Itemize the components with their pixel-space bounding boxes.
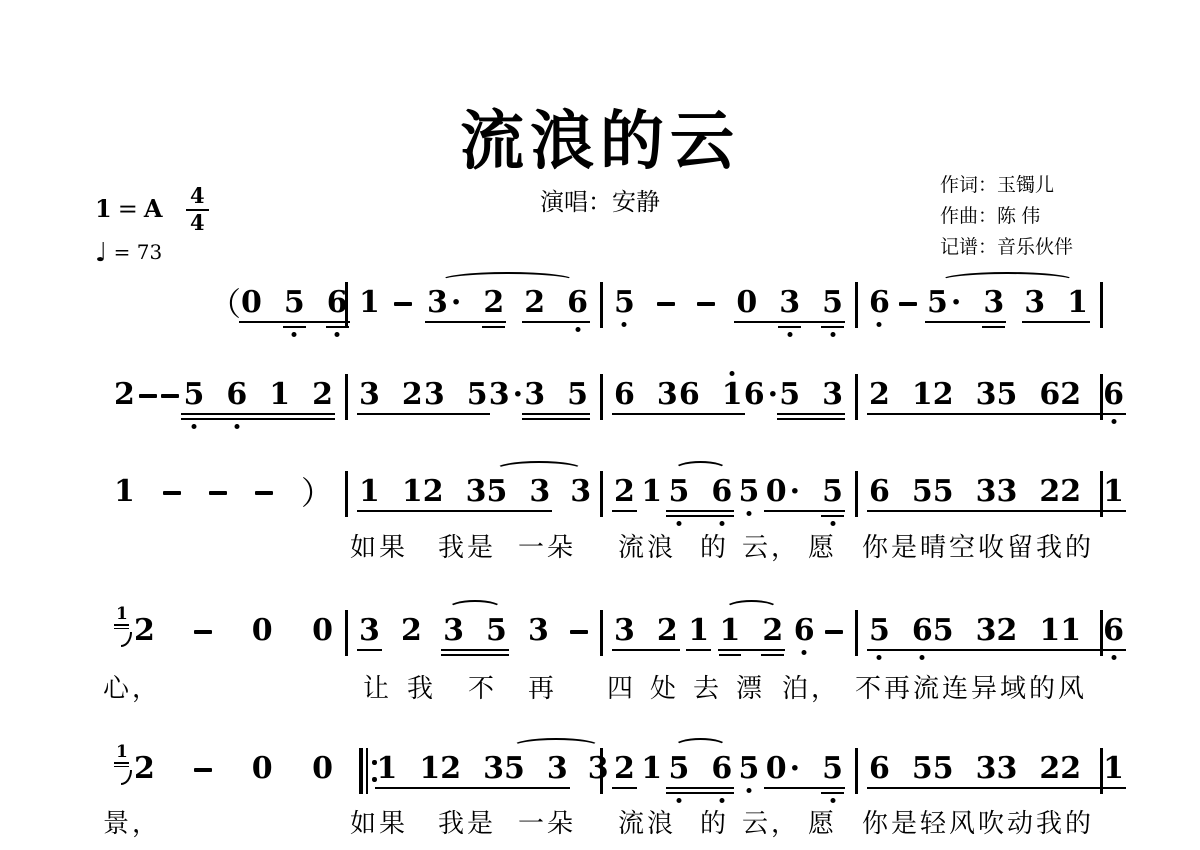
- note: 2: [402, 380, 423, 410]
- lyric-text: 泊，: [782, 668, 840, 705]
- note: 1: [1060, 616, 1081, 646]
- lyric-text: 景，: [103, 803, 161, 840]
- note: 6: [912, 616, 933, 646]
- note: 3: [976, 616, 997, 646]
- lyric-text: 让: [363, 668, 392, 705]
- note-group: 1: [688, 616, 709, 646]
- note-group: 16: [1060, 616, 1124, 646]
- note: 5: [822, 477, 843, 507]
- tempo-marking: ♩ = 73: [95, 238, 162, 268]
- note-group: 035: [736, 288, 843, 318]
- note: 3: [614, 616, 635, 646]
- note: 1: [114, 477, 135, 507]
- note: 1: [359, 477, 380, 507]
- slur-group: 35: [443, 616, 507, 646]
- note-group: 5: [739, 477, 760, 507]
- lyric-text: 一朵: [518, 803, 576, 840]
- note-group: 0·5: [766, 477, 843, 507]
- octave-dot: [719, 521, 724, 526]
- lyric-text: 愿: [808, 527, 837, 564]
- note: 3: [529, 477, 550, 507]
- note-group: 32: [997, 477, 1061, 507]
- note: 6: [1103, 616, 1124, 646]
- note-group: 21: [869, 380, 933, 410]
- lyric-text: 不再流连异域的风: [855, 668, 1087, 705]
- note: 2: [1039, 477, 1060, 507]
- note: 3: [976, 754, 997, 784]
- note: 5: [933, 477, 954, 507]
- note-group: 35: [524, 380, 588, 410]
- octave-dot: [1111, 655, 1116, 660]
- note: 5: [668, 754, 689, 784]
- lyric-text: 云，: [742, 527, 800, 564]
- note: 3: [359, 380, 380, 410]
- grace-slur: [121, 632, 132, 647]
- note-group: 23: [423, 477, 487, 507]
- octave-dot: [830, 332, 835, 337]
- slur-group: 12: [720, 616, 784, 646]
- note: 5: [912, 477, 933, 507]
- slur-group: 5·331: [927, 288, 1088, 318]
- measure: 1200: [100, 754, 345, 784]
- note-group: 1: [641, 477, 662, 507]
- measure: （056: [195, 288, 345, 320]
- measure: 56532116: [855, 616, 1100, 646]
- slur-group: 533: [487, 477, 592, 507]
- note: 5: [668, 477, 689, 507]
- lyric-text: 我是: [438, 803, 496, 840]
- note: 3: [483, 754, 504, 784]
- note: 5: [779, 380, 800, 410]
- note: 2: [614, 754, 635, 784]
- note: 5: [739, 754, 760, 784]
- credit-notation: 记谱：音乐伙伴: [940, 232, 1073, 263]
- octave-dot: [191, 424, 196, 429]
- note-group: 65: [869, 754, 933, 784]
- note-group: 5·3: [927, 288, 1004, 318]
- note: 3: [443, 616, 464, 646]
- octave-dot: [575, 327, 580, 332]
- note: 5: [467, 380, 488, 410]
- note-group: 35: [424, 380, 488, 410]
- note: 5: [567, 380, 588, 410]
- lyric-text: 的: [700, 527, 729, 564]
- slur-group: 56: [668, 754, 732, 784]
- lyric-text: 如果: [350, 803, 408, 840]
- measure: 65533221: [855, 477, 1100, 507]
- note: 0·: [766, 477, 800, 507]
- note-group: 3·2: [427, 288, 504, 318]
- measure: 32353: [345, 616, 600, 646]
- lyric-text: 一朵: [518, 527, 576, 564]
- note: 0: [736, 288, 757, 318]
- note-group: 21: [1060, 477, 1124, 507]
- music-line: 12003235332112656532116: [0, 616, 1200, 668]
- note-group: 65: [869, 477, 933, 507]
- duration-dash: [697, 302, 715, 306]
- lyric-text: 漂: [736, 668, 765, 705]
- key-signature: 1=A: [95, 194, 162, 223]
- duration-dash: [394, 302, 412, 306]
- note-group: 53: [504, 754, 568, 784]
- slur-group: 3·226: [427, 288, 588, 318]
- octave-dot: [730, 371, 735, 376]
- note: 2: [483, 288, 504, 318]
- note: 1: [641, 477, 662, 507]
- note-group: 2: [614, 754, 635, 784]
- duration-dash: [163, 491, 181, 495]
- note: 6: [226, 380, 247, 410]
- note: 2: [933, 380, 954, 410]
- note: 3: [570, 477, 591, 507]
- measure: 25612: [100, 380, 345, 410]
- octave-dot: [746, 511, 751, 516]
- lyric-text: 我是: [438, 527, 496, 564]
- octave-dot: [622, 322, 627, 327]
- note: 2: [1039, 754, 1060, 784]
- note-group: 56: [997, 380, 1061, 410]
- note: 3: [528, 616, 549, 646]
- note: 2: [423, 477, 444, 507]
- octave-dot: [676, 798, 681, 803]
- octave-dot: [877, 322, 882, 327]
- note-group: 53: [933, 754, 997, 784]
- note-group: 2: [401, 616, 422, 646]
- note-group: 3: [528, 616, 549, 646]
- note: 1: [419, 754, 440, 784]
- octave-dot: [234, 424, 239, 429]
- note: 3: [822, 380, 843, 410]
- note: 2: [614, 477, 635, 507]
- note-group: 5612: [183, 380, 333, 410]
- note-group: 63: [614, 380, 678, 410]
- note-group: 3·: [489, 380, 523, 410]
- lyric-text: 流浪: [618, 803, 676, 840]
- note: 1: [912, 380, 933, 410]
- note-group: 31: [1024, 288, 1088, 318]
- lyric-text: 处: [650, 668, 679, 705]
- note: 6: [794, 616, 815, 646]
- note: 6: [711, 754, 732, 784]
- barline: [1100, 374, 1103, 420]
- note-group: 61: [679, 380, 743, 410]
- note-group: 56: [869, 616, 933, 646]
- note: 1: [359, 288, 380, 318]
- octave-dot: [746, 788, 751, 793]
- note-group: 32: [997, 754, 1061, 784]
- note: 6: [1103, 380, 1124, 410]
- note: 1: [1067, 288, 1088, 318]
- note: 3: [976, 477, 997, 507]
- note: 2: [869, 380, 890, 410]
- note: 2: [312, 380, 333, 410]
- credit-lyricist: 作词：玉镯儿: [940, 170, 1073, 201]
- note: 1: [722, 380, 743, 410]
- note: 6: [614, 380, 635, 410]
- note-group: 0: [252, 616, 273, 646]
- note: 3: [983, 288, 1004, 318]
- sheet-music-page: 流浪的云 演唱：安静 作词：玉镯儿 作曲：陈 伟 记谱：音乐伙伴 1=A 4 4…: [0, 0, 1200, 850]
- note: 3·: [489, 380, 523, 410]
- note-group: 2: [134, 754, 155, 784]
- music-line: 2561232353·3563616·5321235626: [0, 380, 1200, 432]
- note-group: 26: [524, 288, 588, 318]
- lyric-text: 你是晴空收留我的: [862, 527, 1094, 564]
- lyric-text: 不: [468, 668, 497, 705]
- note: 2: [440, 754, 461, 784]
- note-group: 26: [1060, 380, 1124, 410]
- measure: 1123533: [345, 477, 600, 507]
- note: 1: [720, 616, 741, 646]
- augmentation-dot: ·: [513, 377, 523, 412]
- augmentation-dot: ·: [768, 377, 778, 412]
- duration-dash: [255, 491, 273, 495]
- note: 5: [997, 380, 1018, 410]
- lyric-text: 你是轻风吹动我的: [862, 803, 1094, 840]
- duration-dash: [209, 491, 227, 495]
- duration-dash: [161, 394, 179, 398]
- note: 5: [869, 616, 890, 646]
- note: 3: [424, 380, 445, 410]
- octave-dot: [676, 521, 681, 526]
- measure: 21235626: [855, 380, 1100, 410]
- augmentation-dot: ·: [951, 285, 961, 320]
- note-group: 6: [794, 616, 815, 646]
- note: 5: [912, 754, 933, 784]
- note-group: 1: [641, 754, 662, 784]
- measure: 1123533: [345, 754, 600, 794]
- note: 0: [312, 616, 333, 646]
- note: 0·: [766, 754, 800, 784]
- note-group: 2: [114, 380, 135, 410]
- note-group: 1: [114, 477, 135, 507]
- note-group: 53: [933, 477, 997, 507]
- lyric-text: 我: [407, 668, 436, 705]
- lyric-text: 四: [607, 668, 636, 705]
- octave-dot: [1111, 419, 1116, 424]
- duration-dash: [570, 630, 588, 634]
- note-group: 21: [997, 616, 1061, 646]
- augmentation-dot: ·: [790, 474, 800, 509]
- measure: 321126: [600, 616, 855, 646]
- note-group: 23: [440, 754, 504, 784]
- note-group: 23: [933, 380, 997, 410]
- duration-dash: [899, 302, 917, 306]
- note: 1: [269, 380, 290, 410]
- octave-dot: [787, 332, 792, 337]
- note: 6: [1039, 380, 1060, 410]
- note: 2: [401, 616, 422, 646]
- grace-note: 1: [114, 606, 132, 646]
- measure: 32353·35: [345, 380, 600, 410]
- lyric-text: 再: [528, 668, 557, 705]
- quarter-note-icon: ♩: [95, 238, 107, 268]
- note: 3: [997, 754, 1018, 784]
- note-group: 5: [739, 754, 760, 784]
- note-group: 11: [359, 477, 423, 507]
- note-group: 0: [312, 616, 333, 646]
- barline: [1100, 471, 1103, 517]
- note-group: 32: [614, 616, 678, 646]
- note-group: 0: [252, 754, 273, 784]
- note: 2: [1060, 477, 1081, 507]
- note: 5: [739, 477, 760, 507]
- measure: 13·226: [345, 288, 600, 318]
- augmentation-dot: ·: [451, 285, 461, 320]
- note: 5: [504, 754, 525, 784]
- song-title: 流浪的云: [0, 90, 1200, 182]
- note-group: 53: [487, 477, 551, 507]
- note: 3·: [427, 288, 461, 318]
- note: 2: [134, 616, 155, 646]
- note-group: 1: [359, 288, 380, 318]
- note: 1: [402, 477, 423, 507]
- slur-group: 533: [504, 754, 609, 784]
- note: 5: [933, 754, 954, 784]
- note-group: 6·: [744, 380, 778, 410]
- note: 3: [997, 477, 1018, 507]
- octave-dot: [830, 521, 835, 526]
- measure: 5035: [600, 288, 855, 318]
- barline: [1100, 282, 1103, 328]
- note: 2: [657, 616, 678, 646]
- note: 6: [679, 380, 700, 410]
- note: 3: [976, 380, 997, 410]
- note-group: 6: [869, 288, 890, 318]
- note: 3: [466, 477, 487, 507]
- lyric-text: 心，: [103, 668, 161, 705]
- note-group: 12: [720, 616, 784, 646]
- note-group: 5: [614, 288, 635, 318]
- lyric-text: 云，: [742, 803, 800, 840]
- duration-dash: [194, 768, 212, 772]
- music-line: 1）1123533215650·565533221: [0, 477, 1200, 529]
- note: 5: [822, 754, 843, 784]
- note: 6: [567, 288, 588, 318]
- note: 1: [377, 754, 398, 784]
- note-group: 056: [241, 288, 348, 318]
- note-group: 0: [312, 754, 333, 784]
- octave-dot: [292, 332, 297, 337]
- note-group: 3: [359, 616, 380, 646]
- octave-dot: [920, 655, 925, 660]
- lyric-text: 流浪: [618, 527, 676, 564]
- barline: [1100, 748, 1103, 794]
- note-group: 53: [933, 616, 997, 646]
- note: 1: [688, 616, 709, 646]
- note: 2: [997, 616, 1018, 646]
- note: 5: [822, 288, 843, 318]
- note: 3: [359, 616, 380, 646]
- note: 0: [241, 288, 262, 318]
- note: 0: [252, 616, 273, 646]
- note: 1: [641, 754, 662, 784]
- octave-dot: [877, 655, 882, 660]
- note-group: 21: [1060, 754, 1124, 784]
- time-signature: 4 4: [186, 184, 209, 235]
- note: 3: [1024, 288, 1045, 318]
- note: 5: [284, 288, 305, 318]
- slur-group: 56: [668, 477, 732, 507]
- duration-dash: [657, 302, 675, 306]
- measure: 1200: [100, 616, 345, 646]
- octave-dot: [335, 332, 340, 337]
- measure: 65·331: [855, 288, 1100, 318]
- octave-dot: [802, 650, 807, 655]
- note-group: 32: [359, 380, 423, 410]
- note: 2: [524, 288, 545, 318]
- parenthesis: ）: [301, 477, 333, 509]
- duration-dash: [194, 630, 212, 634]
- note: 6: [869, 288, 890, 318]
- note: 1: [1103, 477, 1124, 507]
- note: 3: [779, 288, 800, 318]
- duration-dash: [139, 394, 157, 398]
- note: 2: [134, 754, 155, 784]
- note: 2: [114, 380, 135, 410]
- note: 0: [312, 754, 333, 784]
- duration-dash: [825, 630, 843, 634]
- note-group: 2: [134, 616, 155, 646]
- note: 6·: [744, 380, 778, 410]
- note: 3: [657, 380, 678, 410]
- grace-note-group: 12: [114, 616, 155, 646]
- note-group: 0·5: [766, 754, 843, 784]
- note: 3: [547, 754, 568, 784]
- note-group: 53: [779, 380, 843, 410]
- measure: 215650·5: [600, 754, 855, 784]
- music-line: 12001123533215650·565533221: [0, 754, 1200, 806]
- note-group: 35: [443, 616, 507, 646]
- note: 2: [1060, 754, 1081, 784]
- credit-composer: 作曲：陈 伟: [940, 201, 1073, 232]
- measure: 215650·5: [600, 477, 855, 507]
- note: 5: [933, 616, 954, 646]
- grace-note-group: 12: [114, 754, 155, 784]
- measure: 1）: [100, 477, 345, 509]
- note: 0: [252, 754, 273, 784]
- note: 5·: [927, 288, 961, 318]
- measure: 65533221: [855, 754, 1100, 784]
- note-group: 3: [570, 477, 591, 507]
- note: 3: [524, 380, 545, 410]
- note: 1: [1103, 754, 1124, 784]
- note: 5: [614, 288, 635, 318]
- lyric-text: 愿: [808, 803, 837, 840]
- note-group: 11: [377, 754, 441, 784]
- music-line: （05613·226503565·331: [0, 288, 1200, 340]
- note-group: 56: [668, 477, 732, 507]
- credits-block: 作词：玉镯儿 作曲：陈 伟 记谱：音乐伙伴: [940, 170, 1073, 263]
- note: 2: [1060, 380, 1081, 410]
- note-group: 2: [614, 477, 635, 507]
- note: 6: [711, 477, 732, 507]
- barline: [1100, 610, 1103, 656]
- lyric-text: 去: [693, 668, 722, 705]
- measure: 63616·53: [600, 380, 855, 410]
- grace-note: 1: [114, 744, 132, 784]
- note: 5: [487, 477, 508, 507]
- parenthesis: （: [209, 288, 241, 320]
- note-group: 56: [668, 754, 732, 784]
- augmentation-dot: ·: [790, 751, 800, 786]
- note: 5: [183, 380, 204, 410]
- note: 2: [762, 616, 783, 646]
- grace-slur: [121, 770, 132, 785]
- lyric-text: 的: [700, 803, 729, 840]
- note: 5: [486, 616, 507, 646]
- note: 6: [869, 754, 890, 784]
